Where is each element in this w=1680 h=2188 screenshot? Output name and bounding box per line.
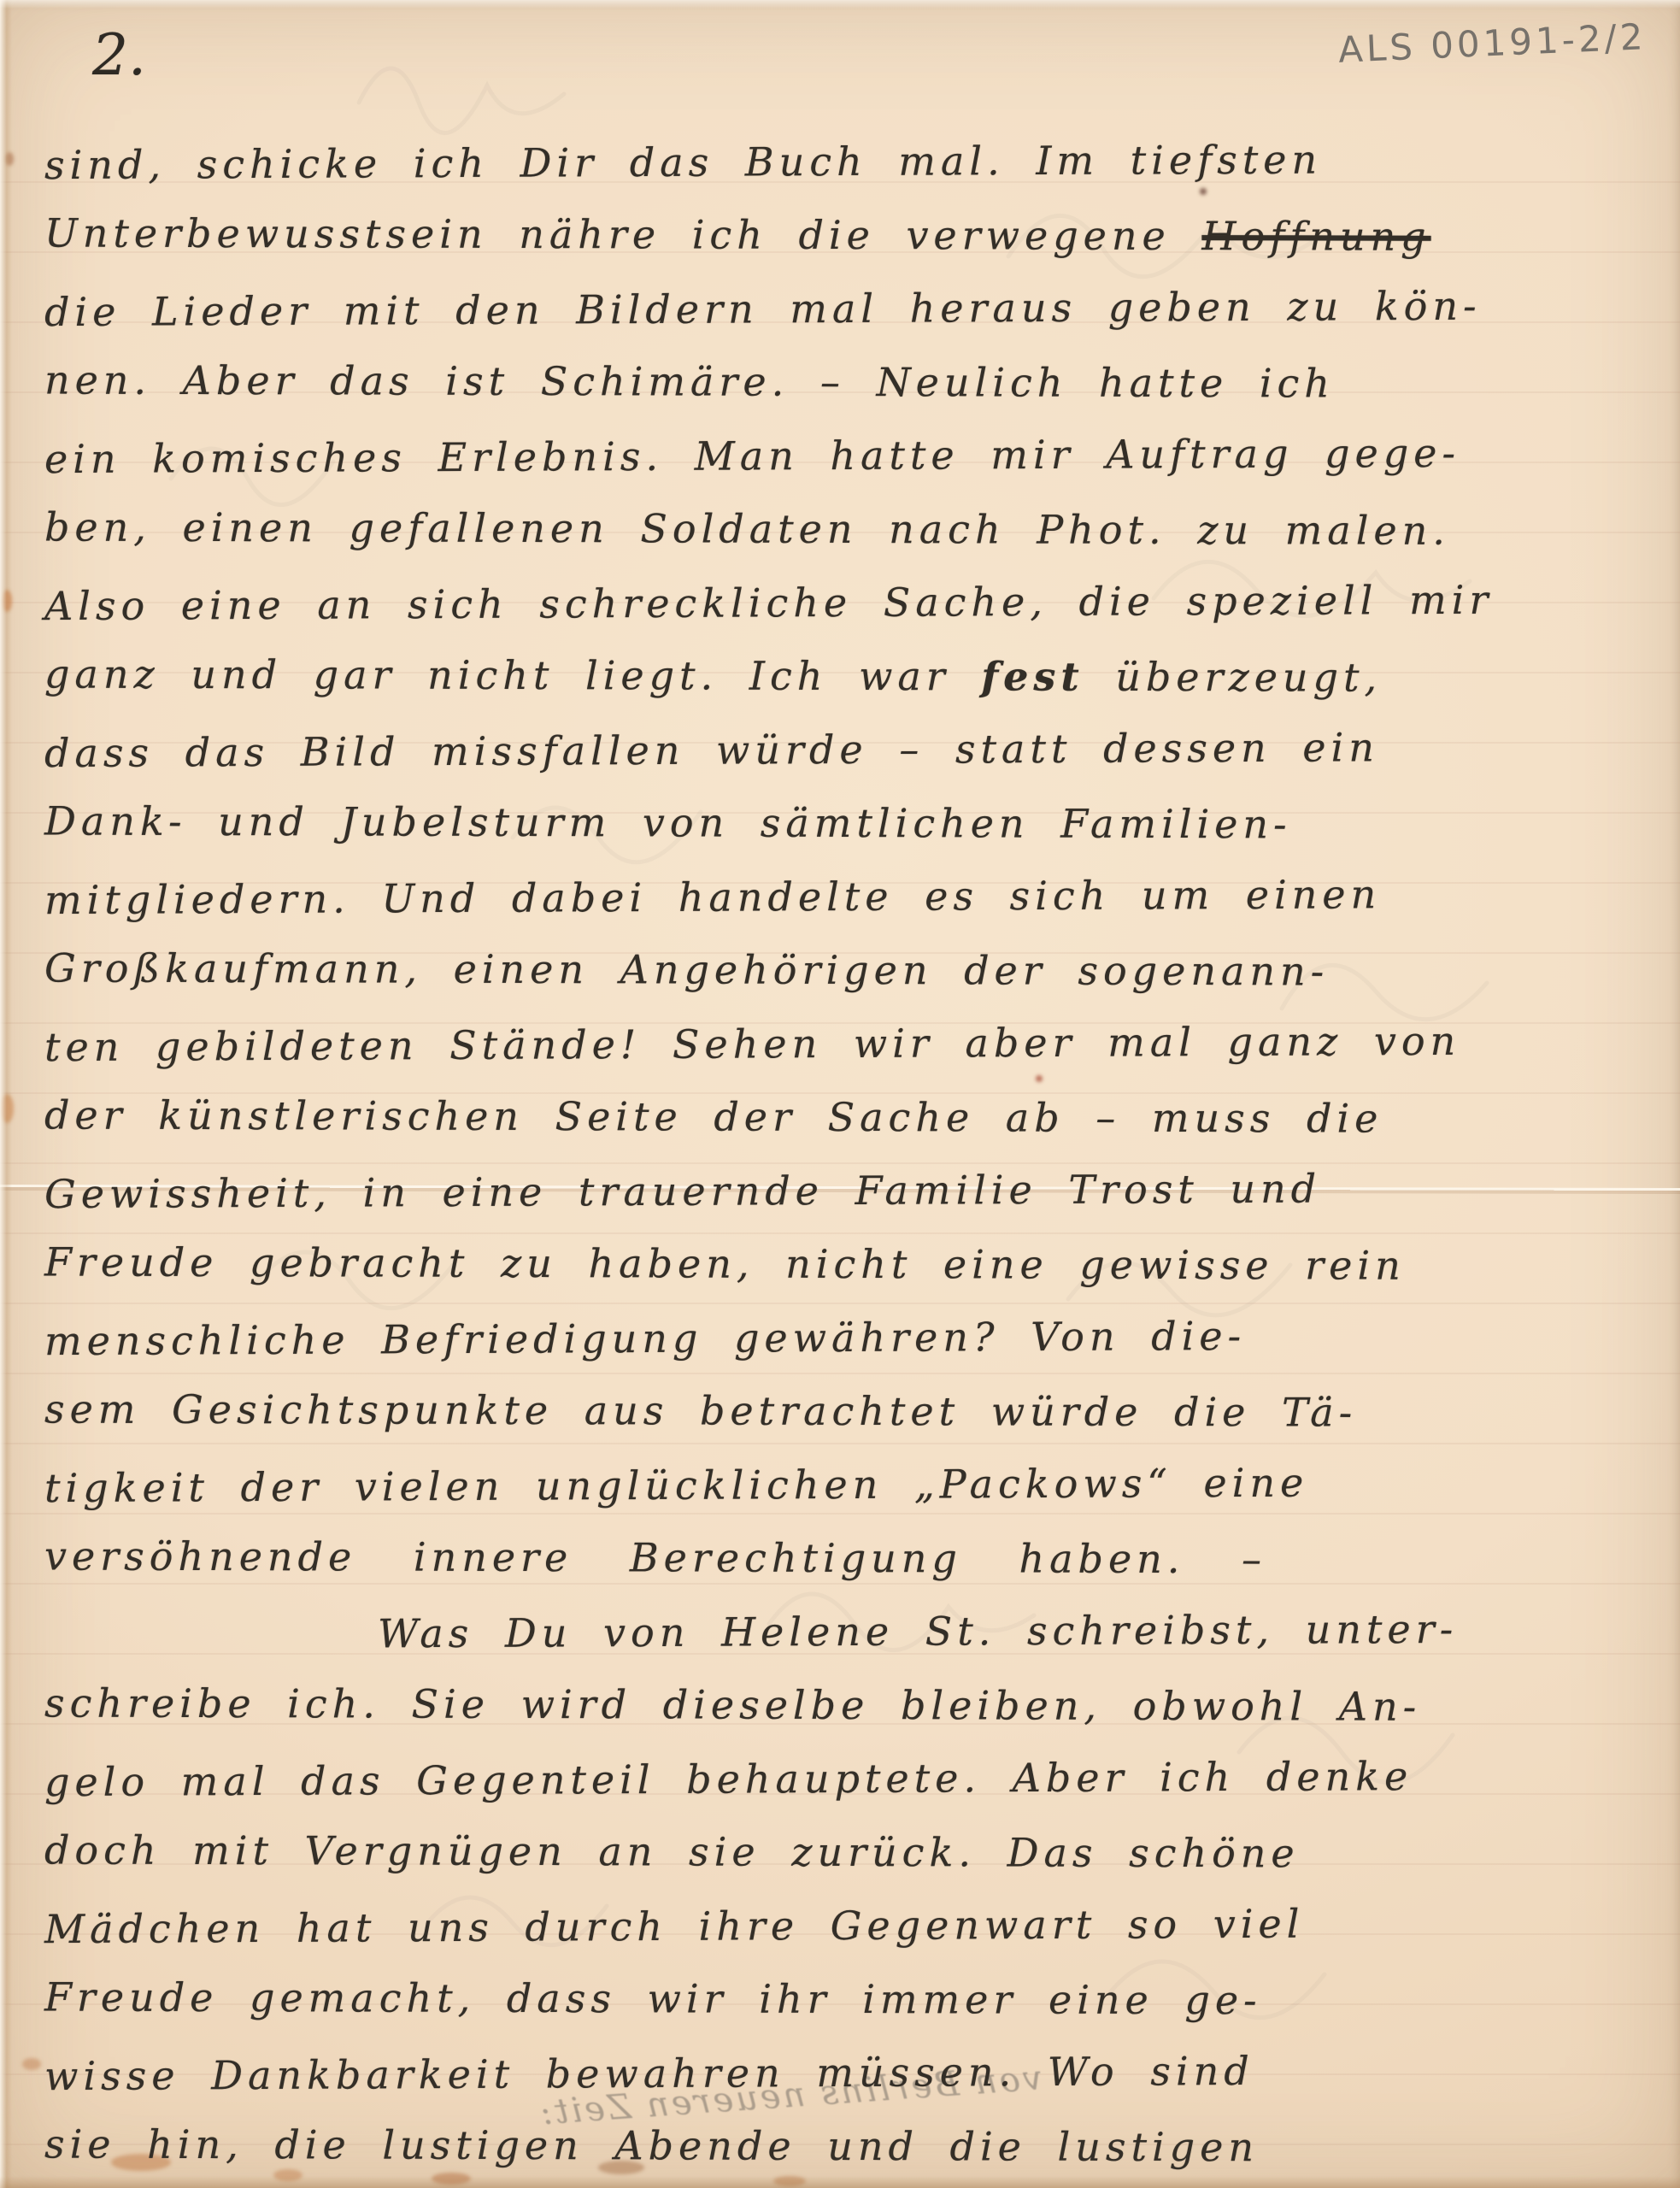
handwritten-line: Unterbewusstsein nähre ich die verwegene… bbox=[44, 197, 1651, 274]
paper-bottom-edge bbox=[0, 2176, 1680, 2188]
fox-spot bbox=[22, 2058, 41, 2070]
handwritten-line: tigkeit der vielen unglücklichen „Packow… bbox=[44, 1444, 1651, 1525]
emphasized-word: fest bbox=[981, 653, 1084, 699]
handwritten-line: schreibe ich. Sie wird dieselbe bleiben,… bbox=[44, 1667, 1651, 1744]
handwritten-line: Freude gebracht zu haben, nicht eine gew… bbox=[44, 1226, 1651, 1303]
handwritten-line: doch mit Vergnügen an sie zurück. Das sc… bbox=[44, 1814, 1651, 1891]
handwritten-line: sie hin, die lustigen Abende und die lus… bbox=[44, 2108, 1651, 2185]
handwritten-line: sind, schicke ich Dir das Buch mal. Im t… bbox=[44, 121, 1651, 202]
handwritten-line: Gewissheit, in eine trauernde Familie Tr… bbox=[44, 1150, 1651, 1231]
handwritten-line: versöhnende innere Berechtigung haben. – bbox=[44, 1520, 1651, 1597]
torn-left-edge bbox=[0, 0, 12, 2188]
line-text: Unterbewusstsein nähre ich die verwegene bbox=[44, 210, 1202, 260]
handwritten-line: ben, einen gefallenen Soldaten nach Phot… bbox=[44, 491, 1651, 568]
handwritten-line: sem Gesichtspunkte aus betrachtet würde … bbox=[44, 1373, 1651, 1450]
handwritten-line: ganz und gar nicht liegt. Ich war fest ü… bbox=[44, 638, 1651, 715]
handwritten-line: ein komisches Erlebnis. Man hatte mir Au… bbox=[44, 415, 1651, 496]
struck-word: Hoffnung bbox=[1201, 213, 1430, 260]
handwritten-line: menschliche Befriedigung gewähren? Von d… bbox=[44, 1297, 1651, 1378]
handwritten-line: Also eine an sich schreckliche Sache, di… bbox=[44, 562, 1651, 643]
line-text: überzeugt, bbox=[1084, 654, 1383, 701]
handwritten-line: Dank- und Jubelsturm von sämtlichen Fami… bbox=[44, 785, 1651, 862]
handwritten-line: dass das Bild missfallen würde – statt d… bbox=[44, 709, 1651, 790]
handwritten-line: die Lieder mit den Bildern mal heraus ge… bbox=[44, 268, 1651, 349]
letter-page: von Berlins neueren Zeit: 2. ALS 00191-2… bbox=[0, 0, 1680, 2188]
handwritten-line: Freude gemacht, dass wir ihr immer eine … bbox=[44, 1961, 1651, 2038]
handwritten-line: mitgliedern. Und dabei handelte es sich … bbox=[44, 856, 1651, 937]
handwritten-line: Was Du von Helene St. schreibst, unter- bbox=[44, 1591, 1651, 1672]
paper-top-edge bbox=[0, 0, 1680, 9]
handwritten-line: der künstlerischen Seite der Sache ab – … bbox=[44, 1079, 1651, 1156]
handwritten-line: wisse Dankbarkeit bewahren müssen. Wo si… bbox=[44, 2032, 1651, 2113]
handwritten-line: Mädchen hat uns durch ihre Gegenwart so … bbox=[44, 1885, 1651, 1966]
handwritten-line: ten gebildeten Stände! Sehen wir aber ma… bbox=[44, 1003, 1651, 1084]
page-number: 2. bbox=[92, 22, 146, 88]
handwritten-line: gelo mal das Gegenteil behauptete. Aber … bbox=[44, 1738, 1651, 1819]
handwritten-line: Großkaufmann, einen Angehörigen der soge… bbox=[44, 932, 1651, 1009]
letter-body: sind, schicke ich Dir das Buch mal. Im t… bbox=[44, 125, 1651, 2183]
handwritten-line: nen. Aber das ist Schimäre. – Neulich ha… bbox=[44, 344, 1651, 421]
line-text: ganz und gar nicht liegt. Ich war bbox=[44, 651, 982, 700]
